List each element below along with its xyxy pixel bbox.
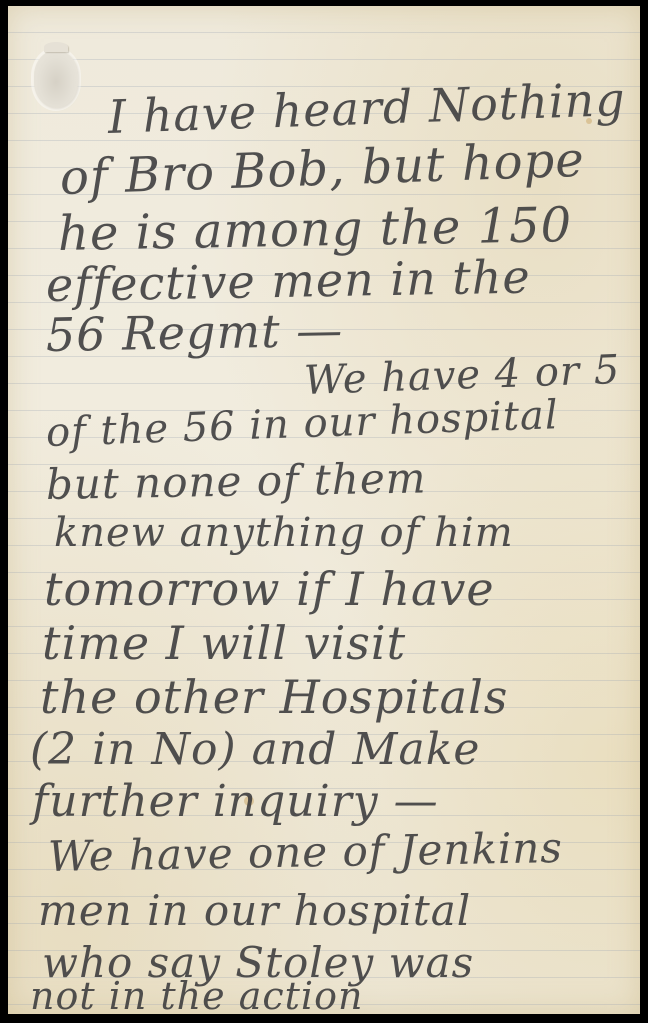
handwritten-line-18: not in the action xyxy=(30,974,363,1018)
handwritten-line-15: We have one of Jenkins xyxy=(48,823,564,881)
handwritten-line-8: but none of them xyxy=(46,453,427,509)
handwritten-line-16: men in our hospital xyxy=(38,886,471,935)
handwritten-line-10: tomorrow if I have xyxy=(44,562,495,616)
handwritten-line-11: time I will visit xyxy=(42,616,406,670)
handwritten-line-5: 56 Regmt — xyxy=(46,303,344,362)
embossed-seal-icon xyxy=(34,50,78,108)
handwritten-line-13: (2 in No) and Make xyxy=(30,724,480,775)
handwritten-line-14: further inquiry — xyxy=(32,776,439,827)
letter-page: I have heard Nothing of Bro Bob, but hop… xyxy=(8,6,640,1014)
handwritten-line-12: the other Hospitals xyxy=(40,670,508,724)
handwritten-line-9: knew anything of him xyxy=(54,510,514,556)
handwritten-line-4: effective men in the xyxy=(46,250,532,312)
